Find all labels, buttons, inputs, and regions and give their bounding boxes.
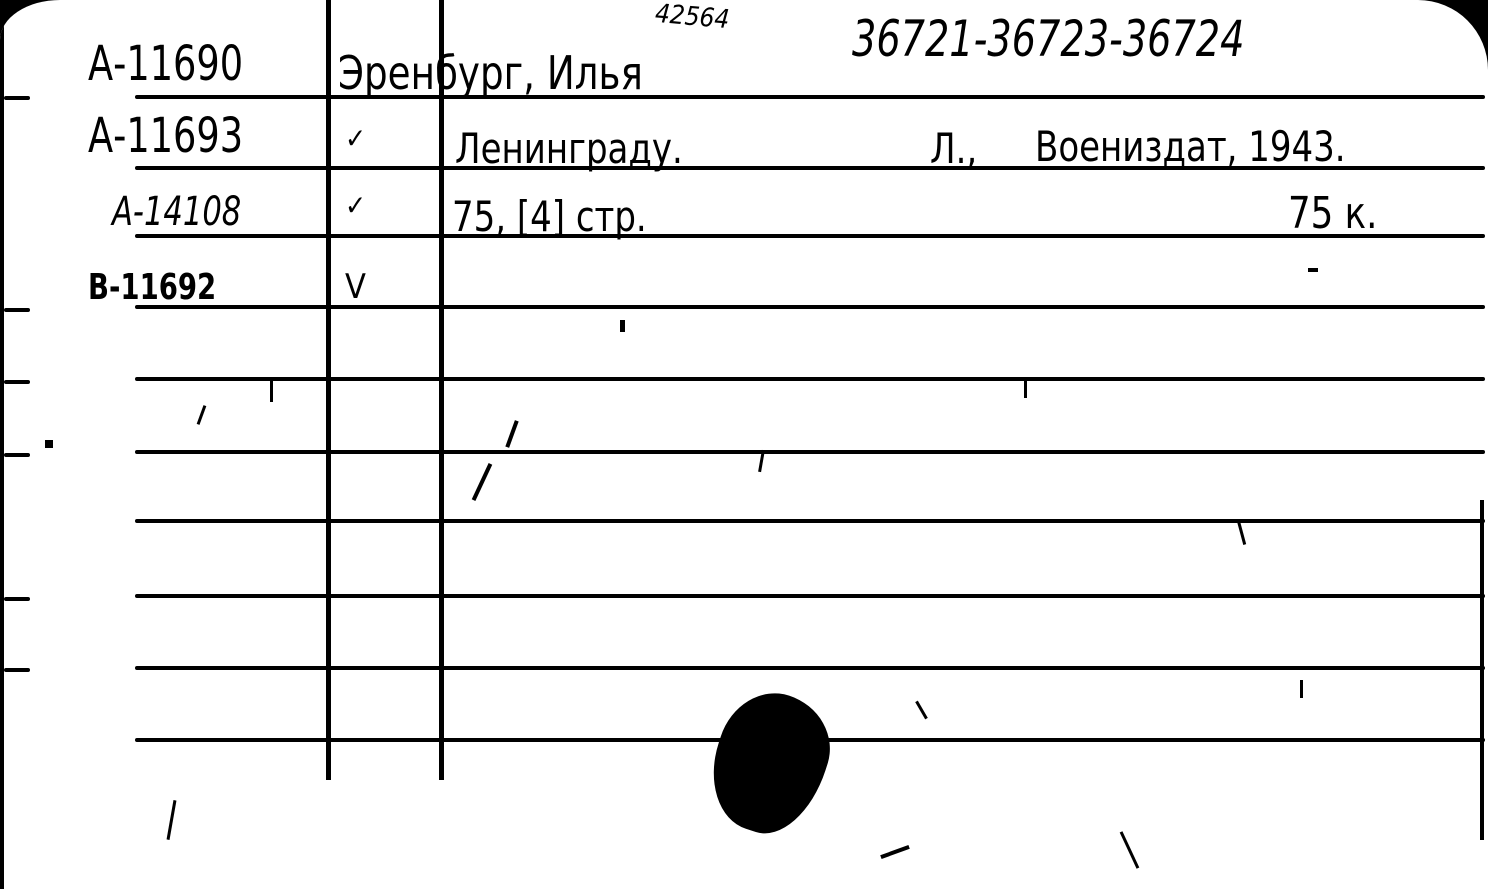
speck [1300,680,1303,698]
margin-tick [4,308,30,312]
check-mark-3: ✓ [345,192,366,220]
speck [1024,380,1027,398]
rule-row-3 [135,234,1485,238]
rule-row-9 [135,666,1485,670]
speck [1308,268,1318,272]
shelf-mark-1: А-11690 [88,40,243,88]
author-name: Эренбург, Илья [338,50,643,96]
price: 75 к. [1288,192,1377,236]
check-mark-4: V [345,270,366,304]
margin-tick [4,668,30,672]
margin-tick [4,597,30,601]
speck [45,440,53,448]
speck [270,380,273,402]
speck [620,320,625,332]
speck [505,420,518,448]
speck [197,405,207,425]
book-title: Ленинграду. [455,128,683,170]
speck [472,463,493,501]
margin-tick [4,96,30,100]
publication-place: Л., [930,128,977,170]
speck [880,845,910,859]
rule-row-8 [135,594,1485,598]
record-number: 42564 [654,1,730,33]
margin-tick [4,453,30,457]
speck [167,800,177,840]
ink-blot [696,679,844,846]
speck [915,701,928,720]
column-rule-left [326,0,331,780]
rule-row-4 [135,305,1485,309]
page-count: 75, [4] стр. [452,196,647,238]
catalog-card: 42564 36721-36723-36724 А-11690 А-11693 … [0,0,1488,889]
rule-row-5 [135,377,1485,381]
speck [1120,831,1140,869]
margin-tick [4,380,30,384]
inventory-numbers: 36721-36723-36724 [852,14,1244,64]
shelf-mark-3: А-14108 [112,192,241,232]
speck [1480,500,1484,840]
check-mark-2: ✓ [345,125,366,153]
rule-row-6 [135,450,1485,454]
column-rule-right [439,0,444,780]
rule-row-7 [135,519,1485,523]
shelf-mark-2: А-11693 [88,112,243,160]
shelf-mark-4: В-11692 [88,270,216,306]
publisher-year: Воениздат, 1943. [1035,126,1346,168]
speck [1237,520,1246,545]
